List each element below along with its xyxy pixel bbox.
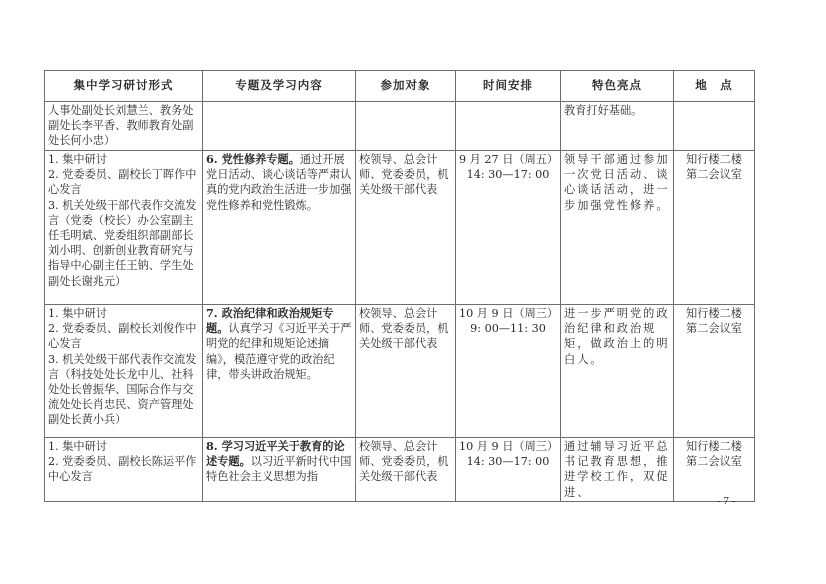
header-form: 集中学习研讨形式	[45, 71, 203, 102]
cell-topic: 8. 学习习近平关于教育的论述专题。以习近平新时代中国特色社会主义思想为指	[203, 438, 356, 502]
cell-time: 10 月 9 日（周三） 9: 00—11: 30	[456, 305, 561, 438]
header-time: 时间安排	[456, 71, 561, 102]
header-topic: 专题及学习内容	[203, 71, 356, 102]
cell-highlight: 进一步严明党的政治纪律和政治规矩，做政治上的明白人。	[561, 305, 674, 438]
header-participants: 参加对象	[356, 71, 456, 102]
cell-topic: 6. 党性修养专题。通过开展党日活动、谈心谈话等严肃认真的党内政治生活进一步加强…	[203, 151, 356, 305]
cell-topic	[203, 102, 356, 151]
cell-location: 知行楼二楼 第二会议室	[674, 438, 755, 502]
cell-form: 1. 集中研讨 2. 党委委员、副校长陈运平作中心发言	[45, 438, 203, 502]
cell-location: 知行楼二楼 第二会议室	[674, 305, 755, 438]
cell-form: 1. 集中研讨 2. 党委委员、副校长丁晖作中心发言 3. 机关处级干部代表作交…	[45, 151, 203, 305]
cell-time: 9 月 27 日（周五） 14: 30—17: 00	[456, 151, 561, 305]
cell-location: 知行楼二楼 第二会议室	[674, 151, 755, 305]
cell-participants: 校领导、总会计师、党委委员，机关处级干部代表	[356, 305, 456, 438]
cell-location	[674, 102, 755, 151]
table-row: 1. 集中研讨 2. 党委委员、副校长陈运平作中心发言 8. 学习习近平关于教育…	[45, 438, 755, 502]
table-header-row: 集中学习研讨形式 专题及学习内容 参加对象 时间安排 特色亮点 地 点	[45, 71, 755, 102]
cell-time	[456, 102, 561, 151]
header-highlight: 特色亮点	[561, 71, 674, 102]
cell-form: 人事处副处长刘慧兰、教务处副处长李平香、教师教育处副处长何小忠）	[45, 102, 203, 151]
cell-highlight: 领导干部通过参加一次党日活动、谈心谈话活动，进一步加强党性修养。	[561, 151, 674, 305]
cell-time: 10 月 9 日（周三） 14: 30—17: 00	[456, 438, 561, 502]
schedule-table: 集中学习研讨形式 专题及学习内容 参加对象 时间安排 特色亮点 地 点 人事处副…	[44, 70, 755, 502]
cell-highlight: 通过辅导习近平总书记教育思想，推进学校工作，双促进、	[561, 438, 674, 502]
page-number: - 7 -	[717, 495, 735, 507]
cell-participants: 校领导、总会计师、党委委员，机关处级干部代表	[356, 151, 456, 305]
cell-participants	[356, 102, 456, 151]
header-location: 地 点	[674, 71, 755, 102]
cell-form: 1. 集中研讨 2. 党委委员、副校长刘俊作中心发言 3. 机关处级干部代表作交…	[45, 305, 203, 438]
cell-highlight: 教育打好基础。	[561, 102, 674, 151]
table-row: 人事处副处长刘慧兰、教务处副处长李平香、教师教育处副处长何小忠） 教育打好基础。	[45, 102, 755, 151]
cell-topic: 7. 政治纪律和政治规矩专题。认真学习《习近平关于严明党的纪律和规矩论述摘编》，…	[203, 305, 356, 438]
table-row: 1. 集中研讨 2. 党委委员、副校长丁晖作中心发言 3. 机关处级干部代表作交…	[45, 151, 755, 305]
table-row: 1. 集中研讨 2. 党委委员、副校长刘俊作中心发言 3. 机关处级干部代表作交…	[45, 305, 755, 438]
cell-participants: 校领导、总会计师、党委委员，机关处级干部代表	[356, 438, 456, 502]
